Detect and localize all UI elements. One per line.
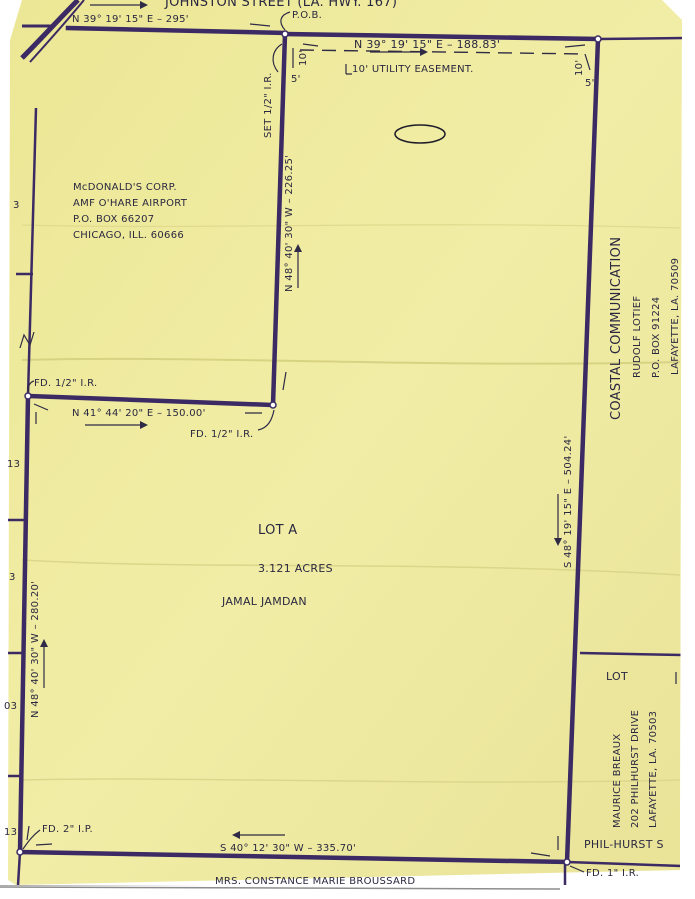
pob-label: P.O.B.	[292, 10, 322, 21]
top-street-label: JOHNSTON STREET (LA. HWY. 167)	[164, 0, 397, 10]
easement-dim-10-right: 10'	[574, 60, 585, 76]
lot-name: LOT A	[258, 523, 297, 538]
svg-text:COASTAL COMMUNICATION: COASTAL COMMUNICATION	[609, 237, 624, 420]
fd-half-ir-jog-label: FD. 1/2" I.R.	[190, 429, 253, 440]
svg-text:LOT: LOT	[606, 670, 628, 683]
svg-text:202 PHILHURST DRIVE: 202 PHILHURST DRIVE	[630, 710, 641, 828]
svg-text:MAURICE BREAUX: MAURICE BREAUX	[612, 733, 623, 828]
svg-text:RUDOLF LOTIEF: RUDOLF LOTIEF	[632, 296, 643, 378]
sw-pin	[17, 849, 23, 855]
svg-text:13: 13	[7, 459, 20, 470]
fd-1-ir-label: FD. 1" I.R.	[586, 868, 639, 879]
adjoiner-south-label: MRS. CONSTANCE MARIE BROUSSARD	[215, 876, 415, 887]
fd-2-ip-label: FD. 2" I.P.	[42, 824, 93, 835]
set-half-ir-label: SET 1/2" I.R.	[263, 72, 274, 138]
pob-pin	[282, 31, 288, 37]
se-pin	[564, 859, 570, 865]
svg-text:McDONALD'S CORP.: McDONALD'S CORP.	[73, 182, 177, 193]
easement-label: 10' UTILITY EASEMENT.	[352, 64, 474, 75]
call-north-line-west: N 39° 19' 15" E – 295'	[72, 14, 189, 25]
call-jog-east: N 41° 44' 20" E – 150.00'	[72, 408, 206, 419]
svg-text:3: 3	[9, 572, 16, 583]
fd-half-ir-west-label: FD. 1/2" I.R.	[34, 378, 97, 389]
lot-owner: JAMAL JAMDAN	[221, 595, 307, 608]
call-north-line: N 39° 19' 15" E – 188.83'	[354, 38, 500, 51]
svg-text:AMF O'HARE AIRPORT: AMF O'HARE AIRPORT	[73, 198, 188, 209]
svg-text:03: 03	[4, 701, 17, 712]
svg-text:LAFAYETTE, LA. 70503: LAFAYETTE, LA. 70503	[648, 711, 659, 828]
ne-pin	[595, 36, 601, 42]
svg-text:13: 13	[4, 827, 17, 838]
call-west-line: N 48° 40' 30" W – 280.20'	[30, 581, 41, 718]
survey-plat: JOHNSTON STREET (LA. HWY. 167)	[0, 0, 695, 899]
svg-text:P.O. BOX 91224: P.O. BOX 91224	[651, 297, 662, 378]
easement-dim-5-left: 5'	[291, 74, 301, 85]
svg-text:CHICAGO, ILL. 60666: CHICAGO, ILL. 60666	[73, 230, 184, 241]
jog-pin	[270, 402, 276, 408]
west-pin	[25, 393, 31, 399]
lot-area: 3.121 ACRES	[258, 562, 333, 575]
call-south-line: S 40° 12' 30" W – 335.70'	[220, 843, 356, 854]
paper-sheet	[0, 0, 695, 899]
svg-text:P.O. BOX 66207: P.O. BOX 66207	[73, 214, 154, 225]
philhurst-street-label: PHIL-HURST S	[584, 838, 664, 851]
svg-text:3: 3	[13, 200, 20, 211]
easement-dim-5-right: 5'	[585, 78, 595, 89]
call-jog-north: N 48° 40' 30" W – 226.25'	[284, 155, 295, 292]
call-east-line: S 48° 19' 15" E – 504.24'	[563, 436, 574, 569]
easement-dim-10-left: 10'	[298, 50, 309, 66]
svg-text:LAFAYETTE, LA. 70509: LAFAYETTE, LA. 70509	[670, 258, 681, 375]
